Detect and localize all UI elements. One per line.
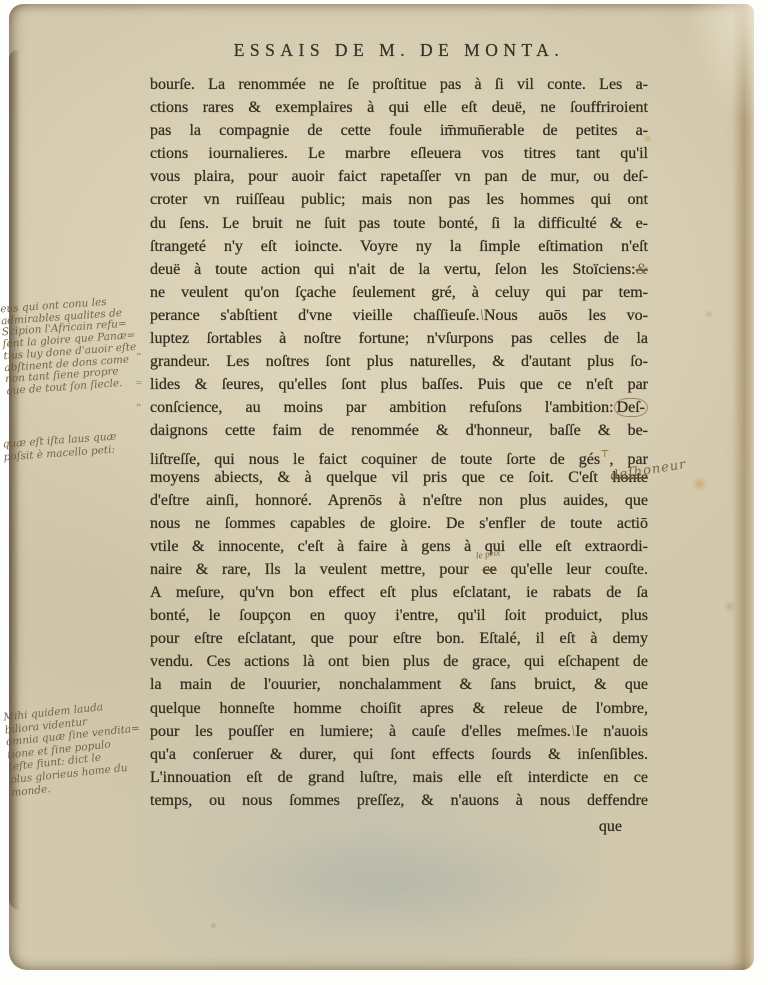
text-line: ſtrangeté n'y eſt ioincte. Voyre ny la ſ… [150,235,648,258]
hand-correction: cele prix [482,561,496,578]
printed-text-block: bourſe. La renommée ne ſe proſtitue pas … [150,73,648,812]
text-line: du ſens. Le bruit ne ſuit pas toute bont… [150,212,648,235]
hand-correction: \ [479,307,483,324]
text-line: ctions iournalieres. Le marbre eſleuera … [150,142,648,165]
text-line: vtile & innocente, c'eſt à faire à gens … [150,535,648,558]
hand-correction: \ [571,723,575,740]
foxing-spot [705,310,713,318]
text-line: bourſe. La renommée ne ſe proſtitue pas … [150,73,648,96]
text-line: L'innouation eſt de grand luſtre, mais e… [150,766,648,789]
hand-note-line: ” [135,345,151,371]
page-edge-right [732,4,754,970]
interlinear-addition: le prix [476,549,502,562]
text-line: daignons cette faim de renommée & d'honn… [150,419,648,442]
text-line: moyens abiects, & à quelque vil pris que… [150,466,648,489]
text-line: naire & rare, Ils la veulent mettre, pou… [150,558,648,581]
text-line: pour les pouſſer en lumiere; à cauſe d'e… [150,720,648,743]
marginalia-side-marks: ”=” [135,345,151,422]
catchword: que [150,818,648,836]
text-line: ctions rares & exemplaires à qui elle eſ… [150,96,648,119]
hand-note-line: ” [135,396,151,422]
text-line: vous plaira, pour auoir faict rapetaſſer… [150,165,648,188]
text-line: lides & ſeures, qu'elles ſont plus baſſe… [150,373,648,396]
marginalia-left-note-3: Mihi quidem laudabiliora videnturomnia q… [3,695,171,799]
text-line: pas la compagnie de cette foule im̄mun̄e… [150,119,648,142]
text-line: temps, ou nous ſommes preſſez, & n'auons… [150,789,648,812]
text-line: nous ne ſommes capables de gloire. De s'… [150,512,648,535]
hand-correction: Deſ- [614,398,648,417]
text-line: pour eſtre eſclatant, que pour eſtre bon… [150,627,648,650]
foxing-spot [724,600,735,613]
text-line: grandeur. Les noſtres ſont plus naturell… [150,350,648,373]
text-line: liſtreſſe, qui nous le faict coquiner de… [150,443,648,466]
text-line: perance s'abſtient d'vne vieille chaſſie… [150,304,648,327]
text-line: quelque honneſte homme choiſit apres & r… [150,697,648,720]
text-line: luptez ſortables à noſtre fortune; n'vſu… [150,327,648,350]
text-line: conſcience, au moins par ambition refuſo… [150,396,648,419]
hand-correction: & [636,261,648,278]
hand-note-line: = [135,371,151,397]
foxing-spot [691,477,708,491]
text-line: A meſure, qu'vn bon effect eſt plus eſcl… [150,581,648,604]
text-line: d'eſtre ainſi, honnoré. Aprenōs à n'eſtr… [150,489,648,512]
text-line: ne veulent qu'on ſçache ſeulement gré, à… [150,281,648,304]
text-line: croter vn ruiſſeau public; mais non pas … [150,188,648,211]
scanned-book-page: ESSAIS DE M. DE MONTA. bourſe. La renomm… [0,0,768,985]
text-line: la main de l'ouurier, nonchalamment & ſa… [150,673,648,696]
running-header: ESSAIS DE M. DE MONTA. [150,40,648,61]
text-line: deuë à toute action qui n'ait de la vert… [150,258,648,281]
hand-correction: ⊤ [600,449,609,460]
foxing-spot [210,922,217,929]
text-line: vendu. Ces actions là ont bien plus de g… [150,650,648,673]
page-corner-curl [688,4,754,124]
text-line: qu'a conſeruer & durer, qui ſont effects… [150,743,648,766]
text-line: bonté, le ſoupçon en quoy i'entre, qu'il… [150,604,648,627]
